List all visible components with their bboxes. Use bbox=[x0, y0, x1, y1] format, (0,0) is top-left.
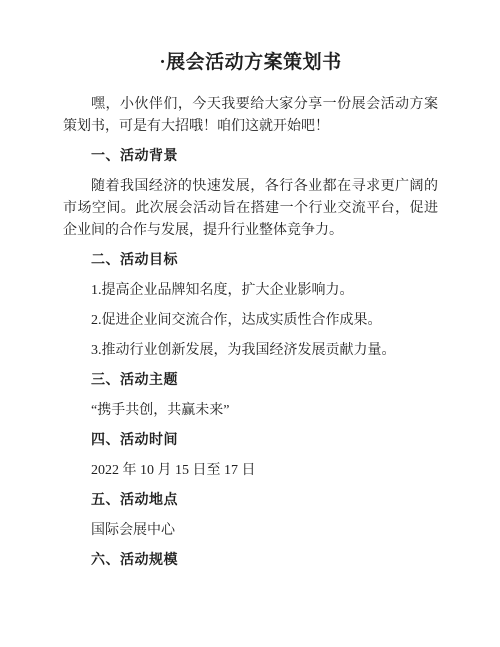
section-activity-time: 四、活动时间 2022 年 10 月 15 日至 17 日 bbox=[63, 430, 438, 482]
section-activity-background: 一、活动背景 随着我国经济的快速发展，各行各业都在寻求更广阔的市场空间。此次展会… bbox=[63, 146, 438, 242]
section-heading: 三、活动主题 bbox=[63, 370, 438, 392]
intro-paragraph: 嘿，小伙伴们，今天我要给大家分享一份展会活动方案策划书，可是有大招哦！咱们这就开… bbox=[63, 94, 438, 138]
section-activity-goals: 二、活动目标 1.提高企业品牌知名度，扩大企业影响力。 2.促进企业间交流合作，… bbox=[63, 250, 438, 362]
section-heading: 二、活动目标 bbox=[63, 250, 438, 272]
location-text: 国际会展中心 bbox=[63, 520, 438, 542]
section-activity-theme: 三、活动主题 “携手共创，共赢未来” bbox=[63, 370, 438, 422]
section-activity-scale: 六、活动规模 bbox=[63, 550, 438, 572]
section-heading: 六、活动规模 bbox=[63, 550, 438, 572]
section-heading: 五、活动地点 bbox=[63, 490, 438, 512]
section-heading: 四、活动时间 bbox=[63, 430, 438, 452]
section-paragraph: 随着我国经济的快速发展，各行各业都在寻求更广阔的市场空间。此次展会活动旨在搭建一… bbox=[63, 176, 438, 242]
goal-list-item: 1.提高企业品牌知名度，扩大企业影响力。 bbox=[63, 280, 438, 302]
time-text: 2022 年 10 月 15 日至 17 日 bbox=[63, 460, 438, 482]
document-page: ·展会活动方案策划书 嘿，小伙伴们，今天我要给大家分享一份展会活动方案策划书，可… bbox=[0, 0, 500, 647]
goal-list-item: 2.促进企业间交流合作，达成实质性合作成果。 bbox=[63, 310, 438, 332]
theme-text: “携手共创，共赢未来” bbox=[63, 400, 438, 422]
section-activity-location: 五、活动地点 国际会展中心 bbox=[63, 490, 438, 542]
section-heading: 一、活动背景 bbox=[63, 146, 438, 168]
goal-list-item: 3.推动行业创新发展，为我国经济发展贡献力量。 bbox=[63, 340, 438, 362]
document-title: ·展会活动方案策划书 bbox=[63, 48, 438, 78]
